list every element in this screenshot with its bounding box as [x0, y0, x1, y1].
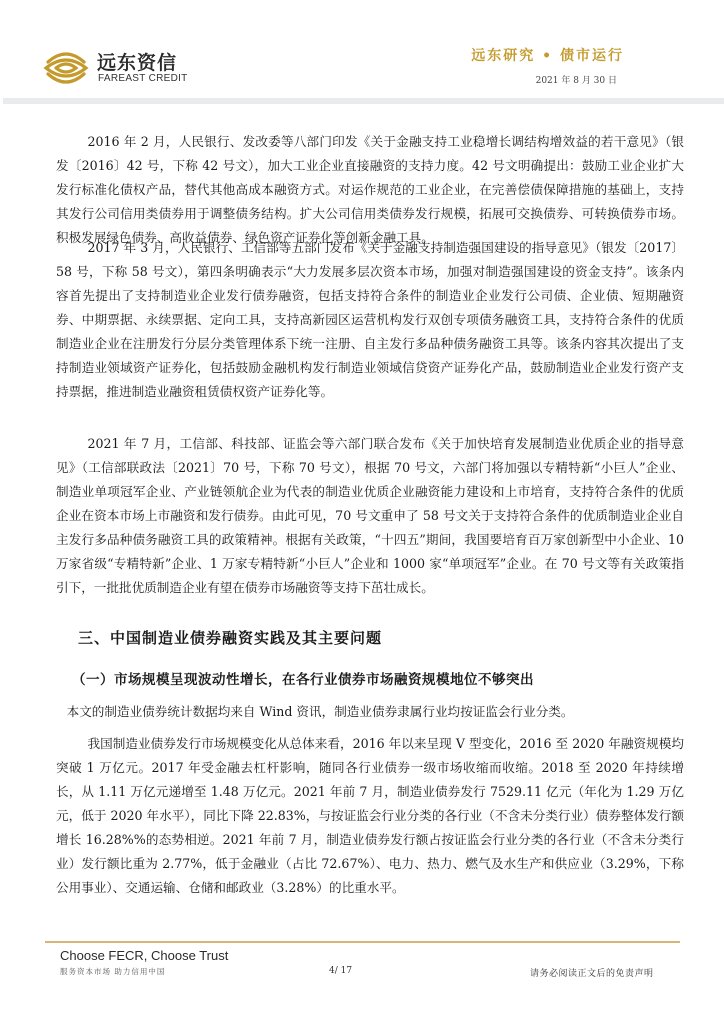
page-number: 4/ 17	[329, 966, 352, 976]
page-header: 远东资信 FAREAST CREDIT 远东研究 • 债市运行 2021 年 8…	[0, 0, 724, 105]
section-heading: 三、中国制造业债券融资实践及其主要问题	[78, 627, 382, 648]
paragraph-2016-policy: 2016 年 2 月，人民银行、发改委等八部门印发《关于金融支持工业稳增长调结构…	[56, 130, 684, 250]
header-divider	[3, 98, 724, 104]
company-logo: 远东资信 FAREAST CREDIT	[42, 48, 182, 88]
report-series-title: 远东研究 • 债市运行	[471, 45, 624, 65]
footer-divider	[45, 941, 680, 943]
data-source-note: 本文的制造业债券统计数据均来自 Wind 资讯，制造业债券隶属行业均按证监会行业…	[54, 700, 684, 724]
subsection-heading: （一）市场规模呈现波动性增长，在各行业债券市场融资规模地位不够突出	[72, 668, 534, 688]
paragraph-market-scale: 我国制造业债券发行市场规模变化从总体来看，2016 年以来呈现 V 型变化，20…	[56, 732, 684, 900]
logo-chinese-name: 远东资信	[97, 48, 177, 75]
footer-slogan-sub: 服务资本市场 助力信用中国	[60, 966, 165, 977]
footer-slogan: Choose FECR, Choose Trust	[60, 948, 228, 963]
disclaimer-note: 请务必阅读正文后的免责声明	[530, 966, 654, 979]
fareast-logo-icon	[42, 48, 90, 86]
report-date: 2021 年 8 月 30 日	[536, 73, 617, 86]
paragraph-2021-policy: 2021 年 7 月，工信部、科技部、证监会等六部门联合发布《关于加快培育发展制…	[56, 432, 684, 600]
paragraph-2017-policy: 2017 年 3 月，人民银行、工信部等五部门发布《关于金融支持制造强国建设的指…	[56, 236, 684, 404]
logo-english-name: FAREAST CREDIT	[98, 73, 188, 84]
